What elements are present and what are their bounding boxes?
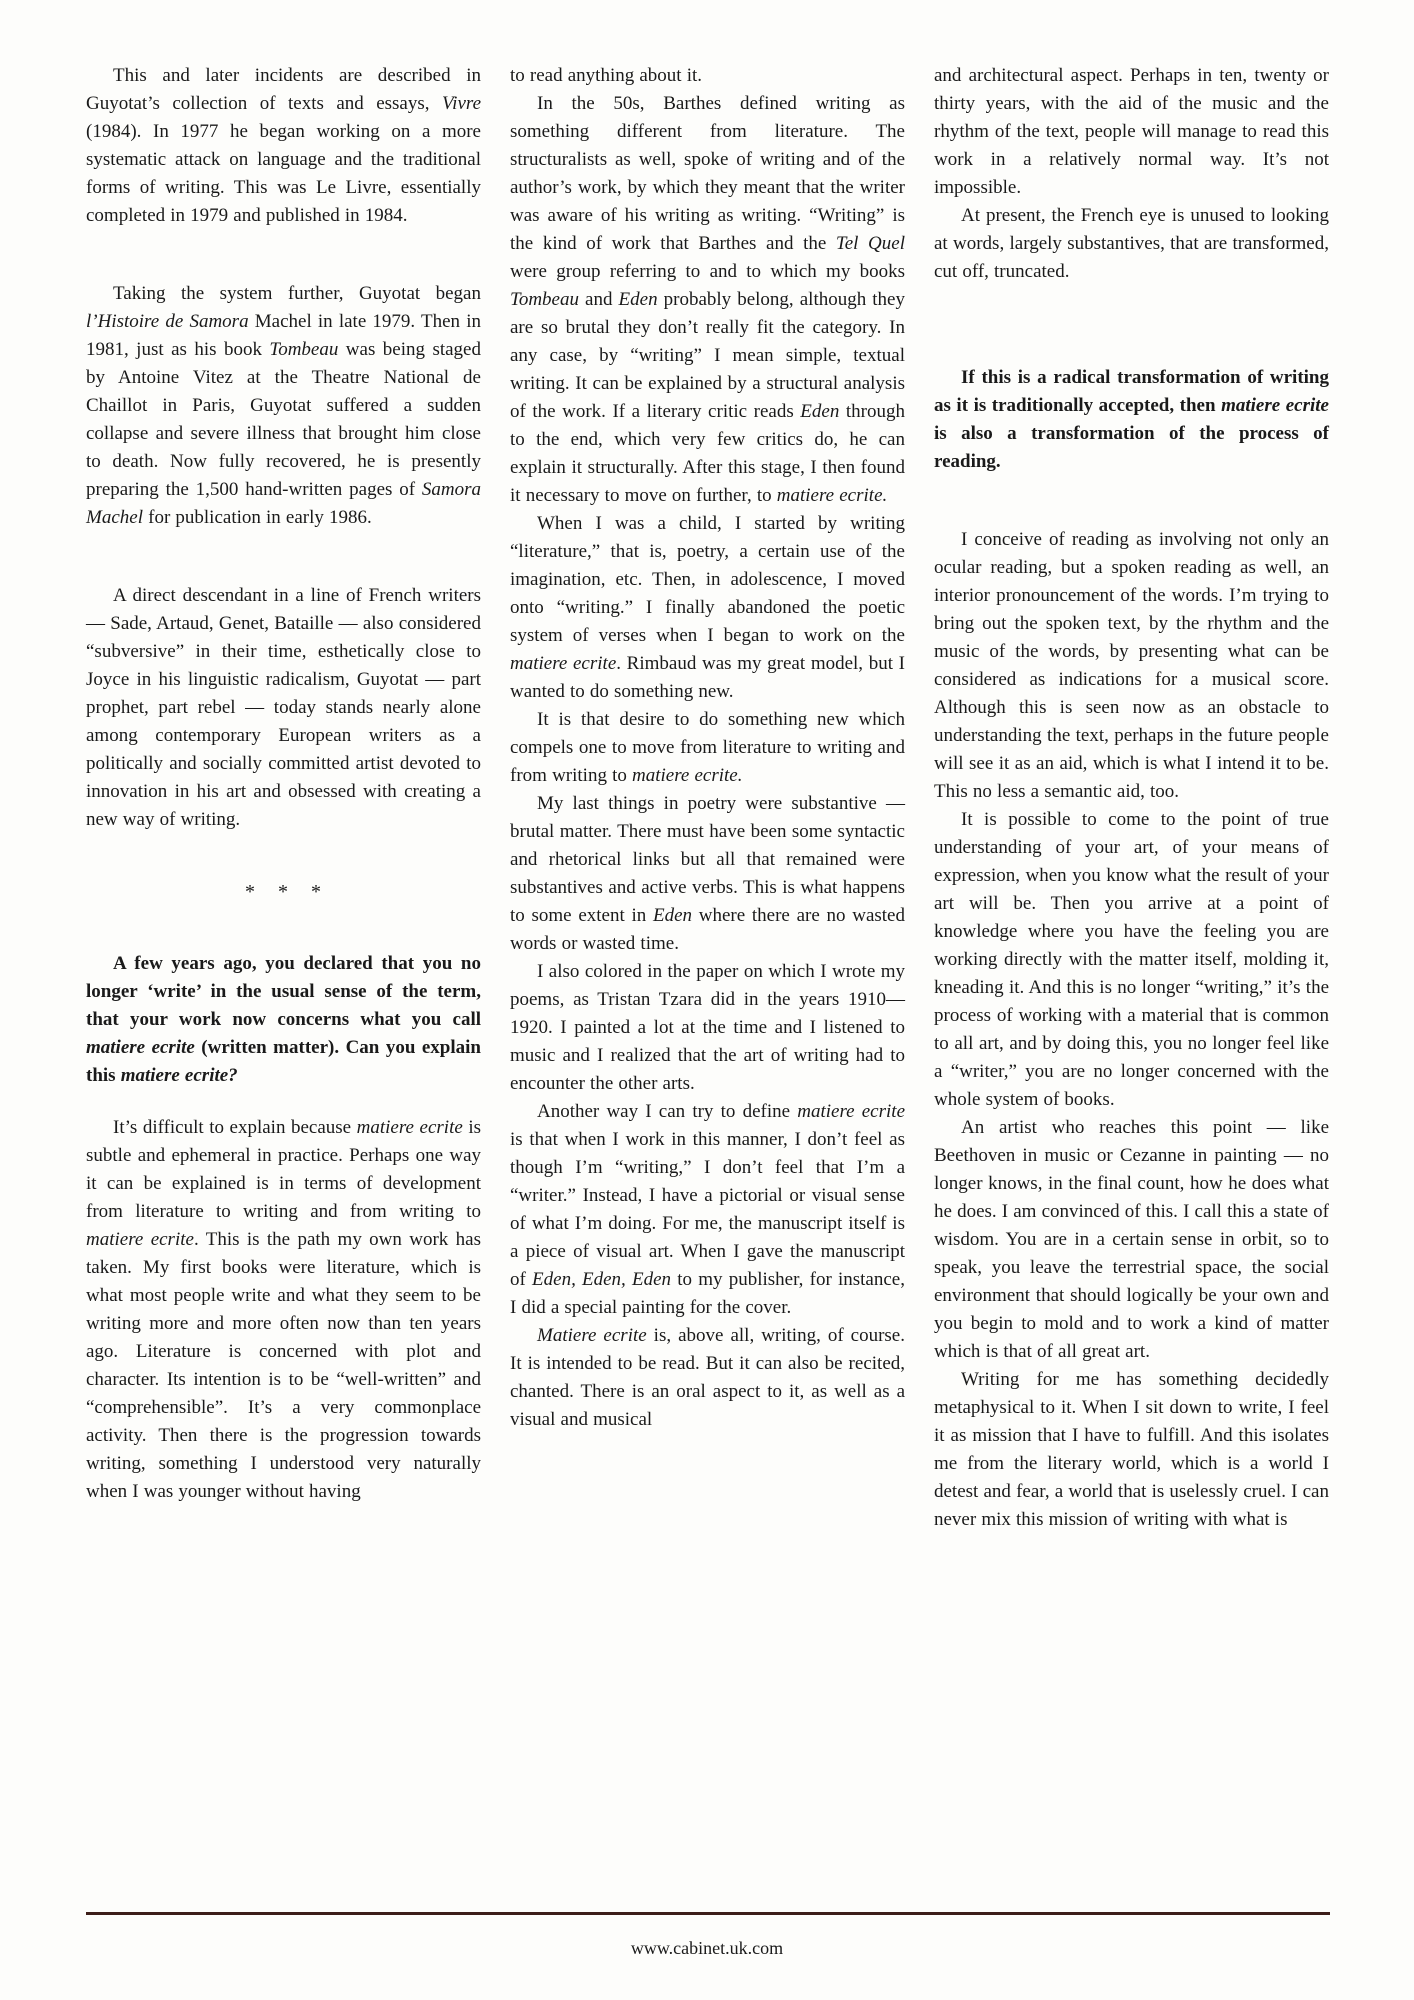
paragraph: This and later incidents are described i… <box>86 62 481 230</box>
paragraph: In the 50s, Barthes defined writing as s… <box>510 90 905 510</box>
paragraph: Another way I can try to define matiere … <box>510 1098 905 1322</box>
interview-question: If this is a radical transformation of w… <box>934 364 1329 476</box>
section-separator: * * * <box>86 878 481 906</box>
paragraph: At present, the French eye is unused to … <box>934 202 1329 286</box>
paragraph: to read anything about it. <box>510 62 905 90</box>
paragraph: It is that desire to do something new wh… <box>510 706 905 790</box>
footer-website-url: www.cabinet.uk.com <box>0 1938 1414 1959</box>
paragraph: An artist who reaches this point — like … <box>934 1114 1329 1366</box>
paragraph: I also colored in the paper on which I w… <box>510 958 905 1098</box>
paragraph: Writing for me has something decidedly m… <box>934 1366 1329 1534</box>
text-column-right: and architectural aspect. Perhaps in ten… <box>934 62 1329 1534</box>
paragraph: It is possible to come to the point of t… <box>934 806 1329 1114</box>
footer-rule <box>86 1912 1330 1915</box>
paragraph: My last things in poetry were substantiv… <box>510 790 905 958</box>
paragraph: I conceive of reading as involving not o… <box>934 526 1329 806</box>
article-columns: This and later incidents are described i… <box>86 62 1330 1534</box>
magazine-page: This and later incidents are described i… <box>0 0 1414 2000</box>
text-column-left: This and later incidents are described i… <box>86 62 481 1534</box>
paragraph: It’s difficult to explain because matier… <box>86 1114 481 1506</box>
paragraph: Taking the system further, Guyotat began… <box>86 280 481 532</box>
paragraph: and architectural aspect. Perhaps in ten… <box>934 62 1329 202</box>
paragraph: A direct descendant in a line of French … <box>86 582 481 834</box>
paragraph: When I was a child, I started by writing… <box>510 510 905 706</box>
paragraph: Matiere ecrite is, above all, writing, o… <box>510 1322 905 1434</box>
interview-question: A few years ago, you declared that you n… <box>86 950 481 1090</box>
text-column-center: to read anything about it.In the 50s, Ba… <box>510 62 905 1534</box>
